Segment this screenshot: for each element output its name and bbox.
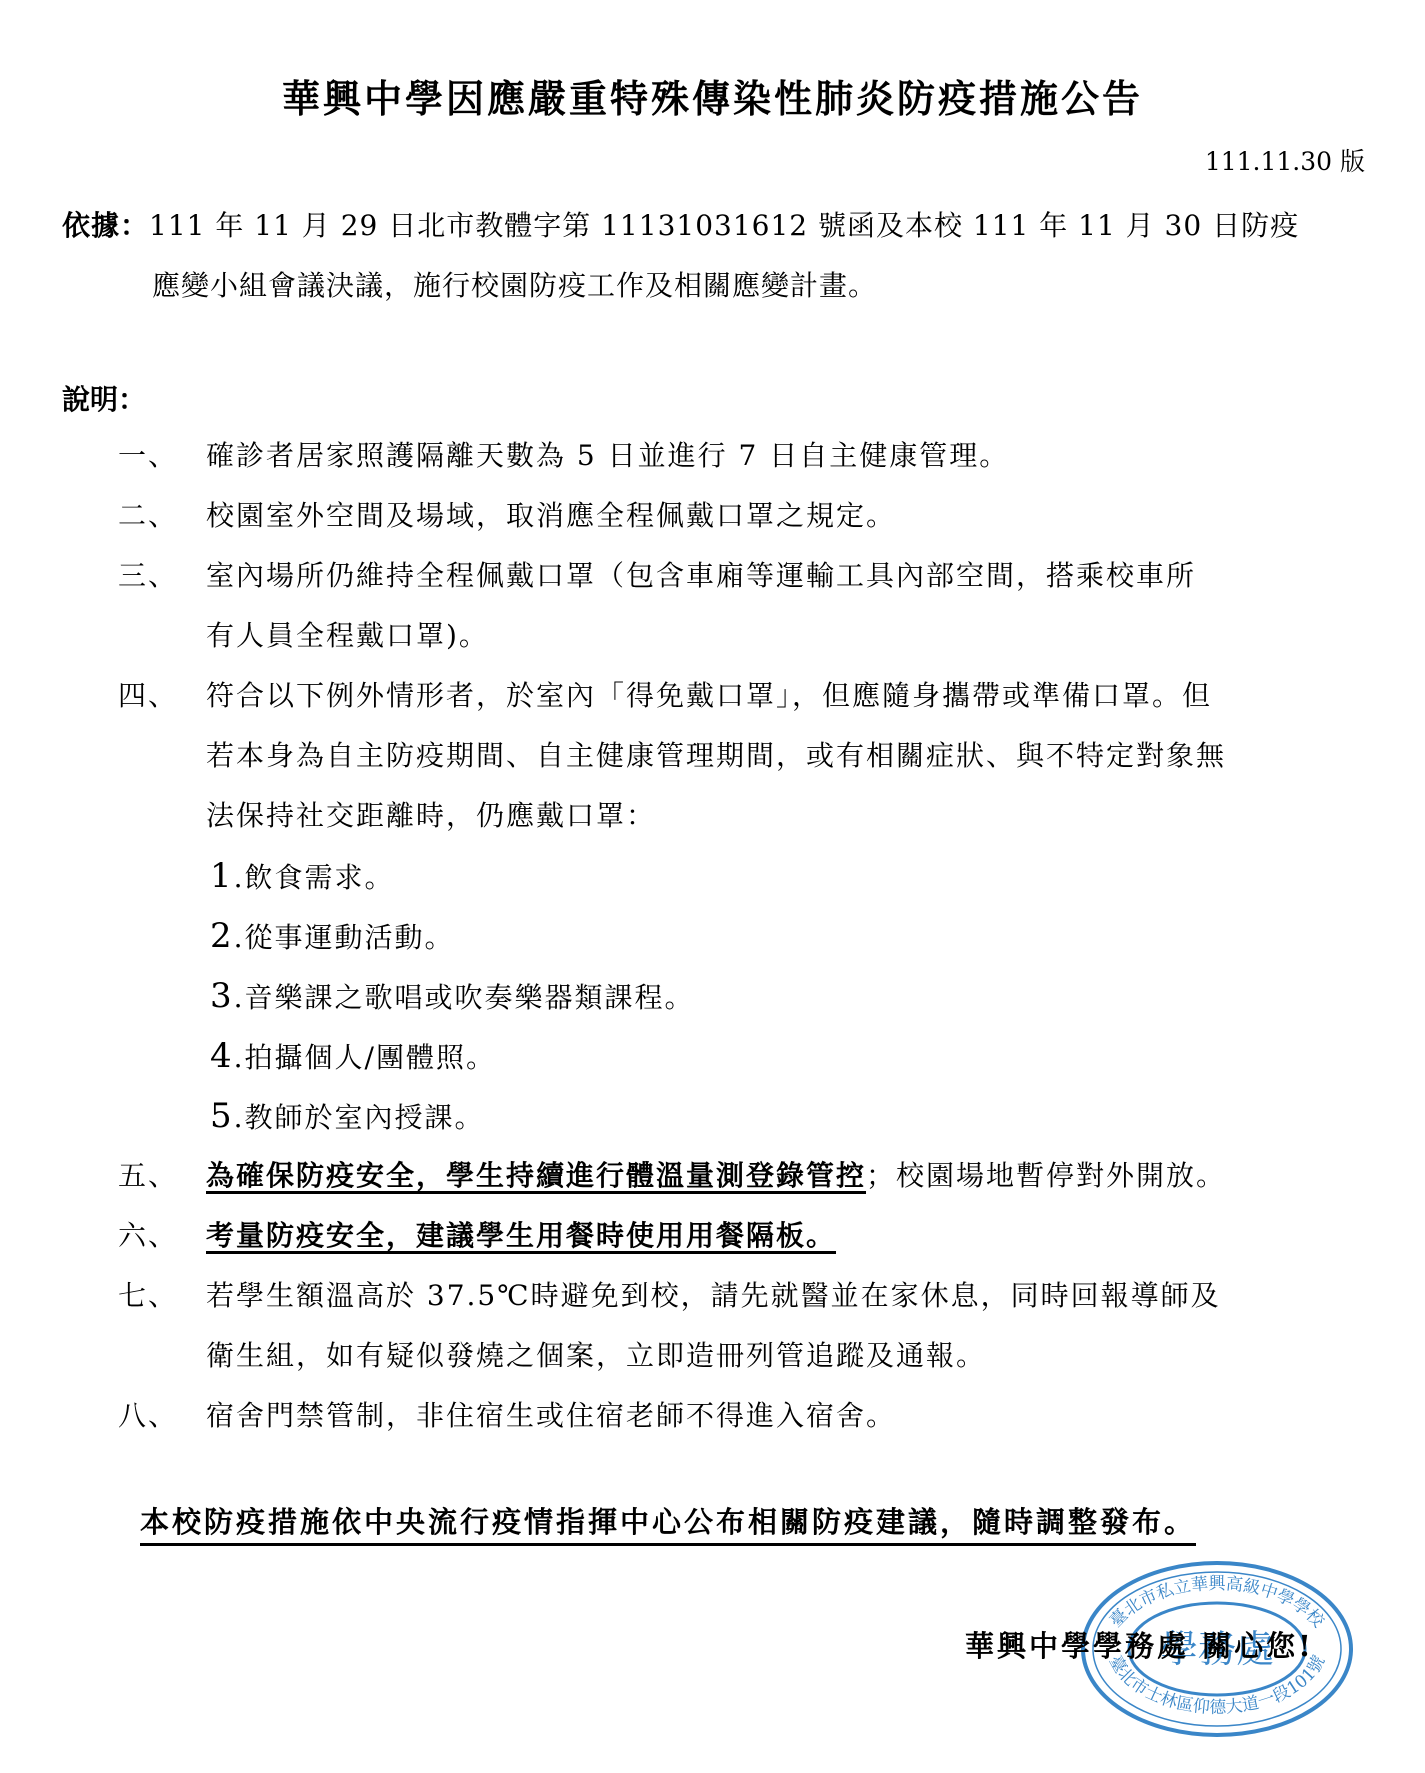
item-1: 一、 確診者居家照護隔離天數為 5 日並進行 7 日自主健康管理。 [118, 426, 1368, 486]
item-5: 五、 為確保防疫安全，學生持續進行體溫量測登錄管控；校園場地暫停對外開放。 [118, 1146, 1368, 1206]
item-8: 八、 宿舍門禁管制，非住宿生或住宿老師不得進入宿舍。 [118, 1386, 1368, 1446]
exception-1: 1.飲食需求。 [210, 846, 395, 908]
exception-text: .飲食需求。 [234, 861, 395, 894]
item-emphasis: 考量防疫安全，建議學生用餐時使用用餐隔板。 [206, 1219, 836, 1252]
exception-number: 3 [210, 976, 234, 1016]
exception-number: 5 [210, 1096, 234, 1136]
item-text: 確診者居家照護隔離天數為 5 日並進行 7 日自主健康管理。 [206, 426, 1368, 486]
item-emphasis: 為確保防疫安全，學生持續進行體溫量測登錄管控 [206, 1159, 866, 1192]
exception-text: .從事運動活動。 [234, 921, 455, 954]
exception-number: 1 [210, 856, 234, 896]
item-text-line-2: 衛生組，如有疑似發燒之個案，立即造冊列管追蹤及通報。 [206, 1326, 1368, 1386]
explanation-label: 說明： [62, 378, 146, 418]
exception-text: .教師於室內授課。 [234, 1101, 485, 1134]
exception-3: 3.音樂課之歌唱或吹奏樂器類課程。 [210, 966, 695, 1028]
document-title: 華興中學因應嚴重特殊傳染性肺炎防疫措施公告 [0, 68, 1425, 123]
basis-label: 依據： [62, 209, 149, 242]
item-number: 二、 [118, 486, 198, 546]
basis-section: 依據：111 年 11 月 29 日北市教體字第 11131031612 號函及… [62, 196, 1362, 316]
item-text-line-3: 法保持社交距離時，仍應戴口罩： [206, 786, 1368, 846]
item-number: 七、 [118, 1266, 198, 1326]
exception-number: 2 [210, 916, 234, 956]
exception-5: 5.教師於室內授課。 [210, 1086, 485, 1148]
item-number: 一、 [118, 426, 198, 486]
item-text: 宿舍門禁管制，非住宿生或住宿老師不得進入宿舍。 [206, 1386, 1368, 1446]
item-2: 二、 校園室外空間及場域，取消應全程佩戴口罩之規定。 [118, 486, 1368, 546]
exception-text: .音樂課之歌唱或吹奏樂器類課程。 [234, 981, 695, 1014]
item-text: 校園室外空間及場域，取消應全程佩戴口罩之規定。 [206, 486, 1368, 546]
item-text-line-1: 若學生額溫高於 37.5℃時避免到校，請先就醫並在家休息，同時回報導師及 [206, 1266, 1368, 1326]
item-4: 四、 符合以下例外情形者，於室內「得免戴口罩」，但應隨身攜帶或準備口罩。但 若本… [118, 666, 1368, 846]
item-text-line-2: 有人員全程戴口罩)。 [206, 606, 1368, 666]
item-7: 七、 若學生額溫高於 37.5℃時避免到校，請先就醫並在家休息，同時回報導師及 … [118, 1266, 1368, 1386]
exception-4: 4.拍攝個人/團體照。 [210, 1026, 496, 1088]
version-label: 111.11.30 版 [1205, 142, 1365, 178]
item-text-line-1: 符合以下例外情形者，於室內「得免戴口罩」，但應隨身攜帶或準備口罩。但 [206, 666, 1368, 726]
item-number: 三、 [118, 546, 198, 606]
exception-2: 2.從事運動活動。 [210, 906, 455, 968]
basis-line-2: 應變小組會議決議，施行校園防疫工作及相關應變計畫。 [62, 256, 1362, 316]
basis-line-1: 111 年 11 月 29 日北市教體字第 11131031612 號函及本校 … [149, 209, 1299, 242]
exception-number: 4 [210, 1036, 234, 1076]
item-number: 八、 [118, 1386, 198, 1446]
item-text: ；校園場地暫停對外開放。 [866, 1159, 1226, 1192]
item-text-line-2: 若本身為自主防疫期間、自主健康管理期間，或有相關症狀、與不特定對象無 [206, 726, 1368, 786]
item-6: 六、 考量防疫安全，建議學生用餐時使用用餐隔板。 [118, 1206, 1368, 1266]
footer-note: 本校防疫措施依中央流行疫情指揮中心公布相關防疫建議，隨時調整發布。 [140, 1500, 1196, 1546]
exception-text: .拍攝個人/團體照。 [234, 1041, 496, 1074]
item-3: 三、 室內場所仍維持全程佩戴口罩（包含車廂等運輸工具內部空間，搭乘校車所 有人員… [118, 546, 1368, 666]
item-number: 四、 [118, 666, 198, 726]
signature: 華興中學學務處 關心您! [965, 1624, 1314, 1665]
item-number: 五、 [118, 1146, 198, 1206]
item-text-line-1: 室內場所仍維持全程佩戴口罩（包含車廂等運輸工具內部空間，搭乘校車所 [206, 546, 1368, 606]
item-number: 六、 [118, 1206, 198, 1266]
